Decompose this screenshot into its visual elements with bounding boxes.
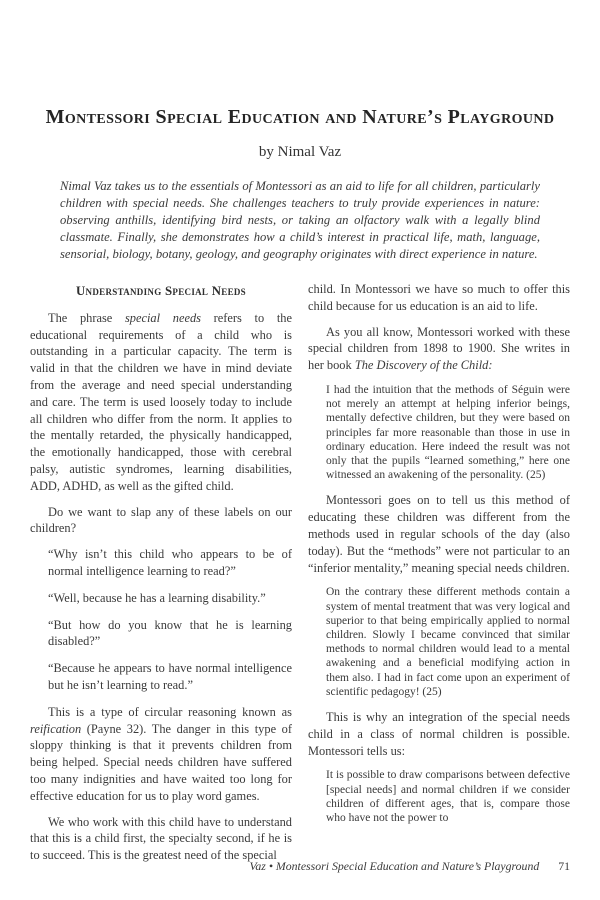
byline: by Nimal Vaz (0, 144, 600, 161)
dialogue-quote: “Because he appears to have normal intel… (48, 660, 292, 694)
paragraph-text: refers to the educational requirements o… (30, 311, 292, 493)
paragraph: This is why an integration of the specia… (308, 709, 570, 759)
block-quote: On the contrary these different methods … (326, 585, 570, 699)
dialogue-quote: “But how do you know that he is learning… (48, 617, 292, 651)
block-quote: I had the intuition that the methods of … (326, 383, 570, 482)
abstract: Nimal Vaz takes us to the essentials of … (60, 178, 540, 263)
page-number: 71 (558, 859, 570, 873)
left-column: Understanding Special Needs The phrase s… (30, 281, 292, 873)
two-column-body: Understanding Special Needs The phrase s… (30, 281, 570, 873)
section-heading: Understanding Special Needs (30, 283, 292, 300)
page-title: Montessori Special Education and Nature’… (30, 0, 570, 129)
page-footer: Vaz • Montessori Special Education and N… (250, 859, 571, 874)
paragraph: The phrase special needs refers to the e… (30, 310, 292, 495)
paragraph: Do we want to slap any of these labels o… (30, 504, 292, 538)
paragraph-text-italic: special needs (125, 311, 201, 325)
paragraph: child. In Montessori we have so much to … (308, 281, 570, 315)
block-quote: It is possible to draw comparisons betwe… (326, 768, 570, 825)
right-column: child. In Montessori we have so much to … (308, 281, 570, 873)
paragraph: As you all know, Montessori worked with … (308, 324, 570, 374)
paragraph: We who work with this child have to unde… (30, 814, 292, 864)
document-page: Montessori Special Education and Nature’… (0, 0, 600, 900)
paragraph-text-italic: The Discovery of the Child: (355, 358, 493, 372)
dialogue-quote: “Why isn’t this child who appears to be … (48, 546, 292, 580)
running-title: Vaz • Montessori Special Education and N… (250, 859, 540, 873)
paragraph-text-italic: reification (30, 722, 81, 736)
dialogue-quote: “Well, because he has a learning disabil… (48, 590, 292, 607)
paragraph-text: This is a type of circular reasoning kno… (48, 705, 292, 719)
paragraph: Montessori goes on to tell us this metho… (308, 492, 570, 576)
paragraph-text: The phrase (48, 311, 125, 325)
paragraph: This is a type of circular reasoning kno… (30, 704, 292, 805)
